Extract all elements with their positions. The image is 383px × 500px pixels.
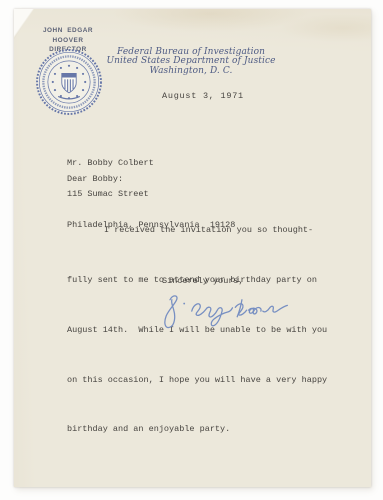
hoover-signature-icon — [152, 289, 294, 337]
body-line: on this occasion, I hope you will have a… — [67, 372, 339, 389]
letter-paper-sheet: JOHN EDGAR HOOVER DIRECTOR — [14, 9, 371, 487]
body-line: birthday and an enjoyable party. — [67, 421, 339, 438]
scanned-letter-photo: JOHN EDGAR HOOVER DIRECTOR — [0, 0, 383, 500]
letter-date: August 3, 1971 — [162, 91, 244, 101]
body-line: I received the invitation you so thought… — [67, 222, 339, 239]
recipient-name: Mr. Bobby Colbert — [67, 158, 235, 168]
letterhead: Federal Bureau of Investigation United S… — [81, 48, 301, 76]
closing-line: Sincerely yours, — [162, 276, 244, 286]
letterhead-city: Washington, D. C. — [81, 67, 301, 76]
sender-name: JOHN EDGAR HOOVER — [28, 26, 108, 45]
salutation: Dear Bobby: — [67, 174, 123, 184]
